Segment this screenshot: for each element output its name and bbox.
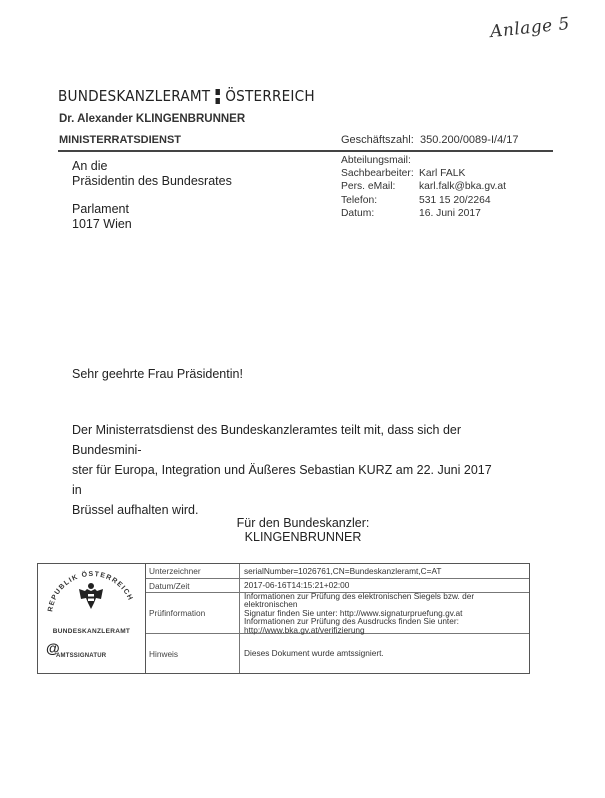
meta-row: Pers. eMail:karl.falk@bka.gv.at: [341, 180, 506, 193]
signature-info-table: Unterzeichner serialNumber=1026761,CN=Bu…: [146, 564, 529, 673]
table-row: Prüfinformation Informationen zur Prüfun…: [146, 593, 529, 634]
handwritten-annotation: Anlage 5: [489, 14, 571, 42]
eagle-icon: [77, 581, 105, 611]
official-seal: REPUBLIK ÖSTERREICH BUNDESKANZLERAMT @ A…: [38, 564, 146, 673]
department: MINISTERRATSDIENST: [59, 134, 181, 146]
signatory: KLINGENBRUNNER: [228, 530, 378, 544]
org-divider-icon: [216, 89, 220, 104]
table-row: Hinweis Dieses Dokument wurde amtssignie…: [146, 634, 529, 673]
letter-body: Der Ministerratsdienst des Bundeskanzler…: [72, 420, 502, 520]
organization-title: BUNDESKANZLERAMT ÖSTERREICH: [58, 87, 315, 105]
salutation: Sehr geehrte Frau Präsidentin!: [72, 367, 243, 381]
org-name: BUNDESKANZLERAMT: [58, 87, 210, 105]
reference-label: Geschäftszahl:: [341, 134, 414, 146]
reference-number: 350.200/0089-I/4/17: [420, 134, 518, 146]
seal-org: BUNDESKANZLERAMT: [38, 628, 145, 635]
table-row: Unterzeichner serialNumber=1026761,CN=Bu…: [146, 564, 529, 579]
meta-row: Telefon:531 15 20/2264: [341, 194, 506, 207]
email-link[interactable]: karl.falk@bka.gv.at: [419, 180, 506, 193]
contact-meta: Abteilungsmail: Sachbearbeiter:Karl FALK…: [341, 154, 506, 220]
verification-info: Informationen zur Prüfung des elektronis…: [240, 593, 529, 633]
org-country: ÖSTERREICH: [225, 87, 314, 105]
header-divider: [58, 150, 553, 152]
sender-name: Dr. Alexander KLINGENBRUNNER: [59, 113, 245, 125]
seal-label: AMTSSIGNATUR: [56, 653, 106, 659]
signature-block: REPUBLIK ÖSTERREICH BUNDESKANZLERAMT @ A…: [37, 563, 530, 674]
meta-row: Datum:16. Juni 2017: [341, 207, 506, 220]
meta-row: Sachbearbeiter:Karl FALK: [341, 167, 506, 180]
meta-row: Abteilungsmail:: [341, 154, 506, 167]
closing: Für den Bundeskanzler: KLINGENBRUNNER: [228, 516, 378, 544]
recipient-address: An die Präsidentin des Bundesrates Parla…: [72, 159, 232, 232]
